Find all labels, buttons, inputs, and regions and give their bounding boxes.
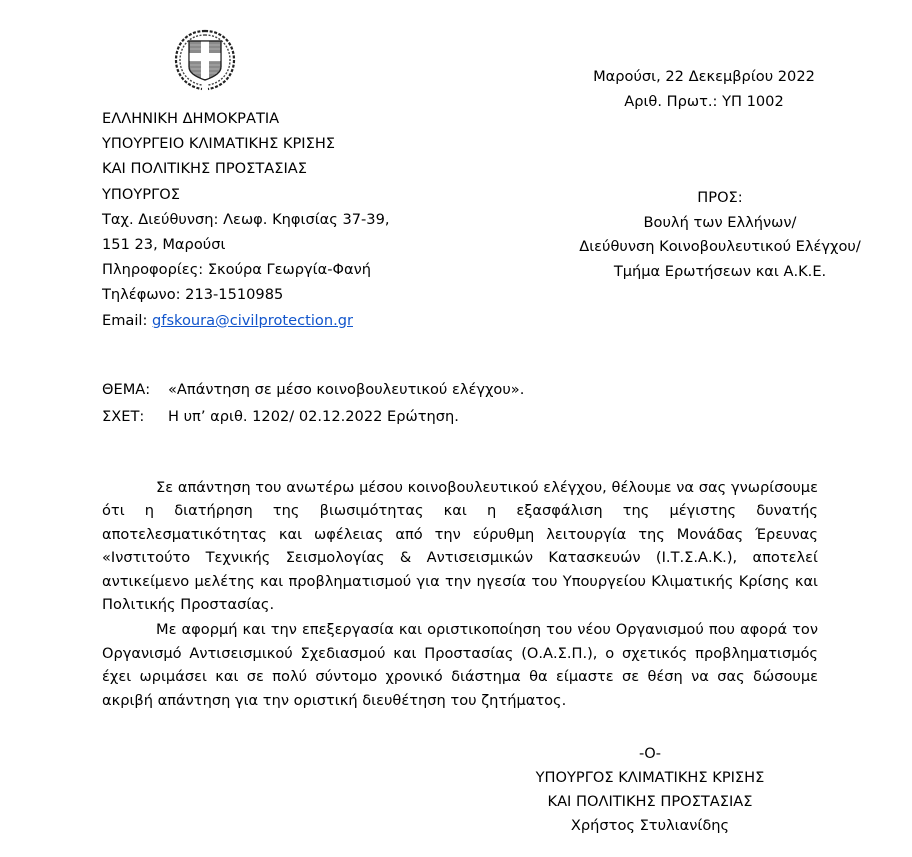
sender-phone: Τηλέφωνο: 213-1510985 (102, 282, 390, 307)
sender-address: 151 23, Μαρούσι (102, 232, 390, 257)
email-link[interactable]: gfskoura@civilprotection.gr (152, 312, 353, 329)
recipient-block: ΠΡΟΣ: Βουλή των Ελλήνων/ Διεύθυνση Κοινο… (520, 186, 912, 284)
recipient-line: Τμήμα Ερωτήσεων και Α.Κ.Ε. (520, 260, 912, 285)
sender-email-row: Email: gfskoura@civilprotection.gr (102, 308, 390, 333)
dateline: Μαρούσι, 22 Δεκεμβρίου 2022 Αριθ. Πρωτ.:… (560, 64, 848, 114)
signature-title: ΥΠΟΥΡΓΟΣ ΚΛΙΜΑΤΙΚΗΣ ΚΡΙΣΗΣ (480, 766, 820, 790)
sender-contact-person: Πληροφορίες: Σκούρα Γεωργία-Φανή (102, 257, 390, 282)
recipient-label: ΠΡΟΣ: (520, 186, 912, 211)
subject-row: ΘΕΜΑ: «Απάντηση σε μέσο κοινοβουλευτικού… (102, 376, 524, 403)
sender-line: ΥΠΟΥΡΓΟΣ (102, 182, 390, 207)
reference-row: ΣΧΕΤ: Η υπ’ αριθ. 1202/ 02.12.2022 Ερώτη… (102, 403, 524, 430)
greek-coat-of-arms-icon (172, 27, 238, 93)
sender-block: ΕΛΛΗΝΙΚΗ ΔΗΜΟΚΡΑΤΙΑ ΥΠΟΥΡΓΕΙΟ ΚΛΙΜΑΤΙΚΗΣ… (102, 106, 390, 333)
recipient-line: Βουλή των Ελλήνων/ (520, 211, 912, 236)
recipient-line: Διεύθυνση Κοινοβουλευτικού Ελέγχου/ (520, 235, 912, 260)
subject-text: «Απάντηση σε μέσο κοινοβουλευτικού ελέγχ… (168, 376, 524, 403)
sender-line: ΚΑΙ ΠΟΛΙΤΙΚΗΣ ΠΡΟΣΤΑΣΙΑΣ (102, 156, 390, 181)
signature-title: ΚΑΙ ΠΟΛΙΤΙΚΗΣ ΠΡΟΣΤΑΣΙΑΣ (480, 790, 820, 814)
body-paragraph: Σε απάντηση του ανωτέρω μέσου κοινοβουλε… (102, 476, 818, 616)
subject-label: ΘΕΜΑ: (102, 376, 168, 403)
sender-address: Ταχ. Διεύθυνση: Λεωφ. Κηφισίας 37-39, (102, 207, 390, 232)
body-paragraph: Με αφορμή και την επεξεργασία και οριστι… (102, 618, 818, 712)
sender-line: ΥΠΟΥΡΓΕΙΟ ΚΛΙΜΑΤΙΚΗΣ ΚΡΙΣΗΣ (102, 131, 390, 156)
signatory-name: Χρήστος Στυλιανίδης (480, 814, 820, 838)
letter-page: ΕΛΛΗΝΙΚΗ ΔΗΜΟΚΡΑΤΙΑ ΥΠΟΥΡΓΕΙΟ ΚΛΙΜΑΤΙΚΗΣ… (0, 0, 912, 857)
signature-mark: -Ο- (480, 742, 820, 766)
reference-text: Η υπ’ αριθ. 1202/ 02.12.2022 Ερώτηση. (168, 403, 459, 430)
letter-body: Σε απάντηση του ανωτέρω μέσου κοινοβουλε… (102, 476, 818, 712)
protocol-number: Αριθ. Πρωτ.: ΥΠ 1002 (560, 89, 848, 114)
sender-line: ΕΛΛΗΝΙΚΗ ΔΗΜΟΚΡΑΤΙΑ (102, 106, 390, 131)
reference-label: ΣΧΕΤ: (102, 403, 168, 430)
email-label: Email: (102, 312, 152, 329)
subject-block: ΘΕΜΑ: «Απάντηση σε μέσο κοινοβουλευτικού… (102, 376, 524, 430)
signature-block: -Ο- ΥΠΟΥΡΓΟΣ ΚΛΙΜΑΤΙΚΗΣ ΚΡΙΣΗΣ ΚΑΙ ΠΟΛΙΤ… (480, 742, 820, 838)
place-date: Μαρούσι, 22 Δεκεμβρίου 2022 (560, 64, 848, 89)
